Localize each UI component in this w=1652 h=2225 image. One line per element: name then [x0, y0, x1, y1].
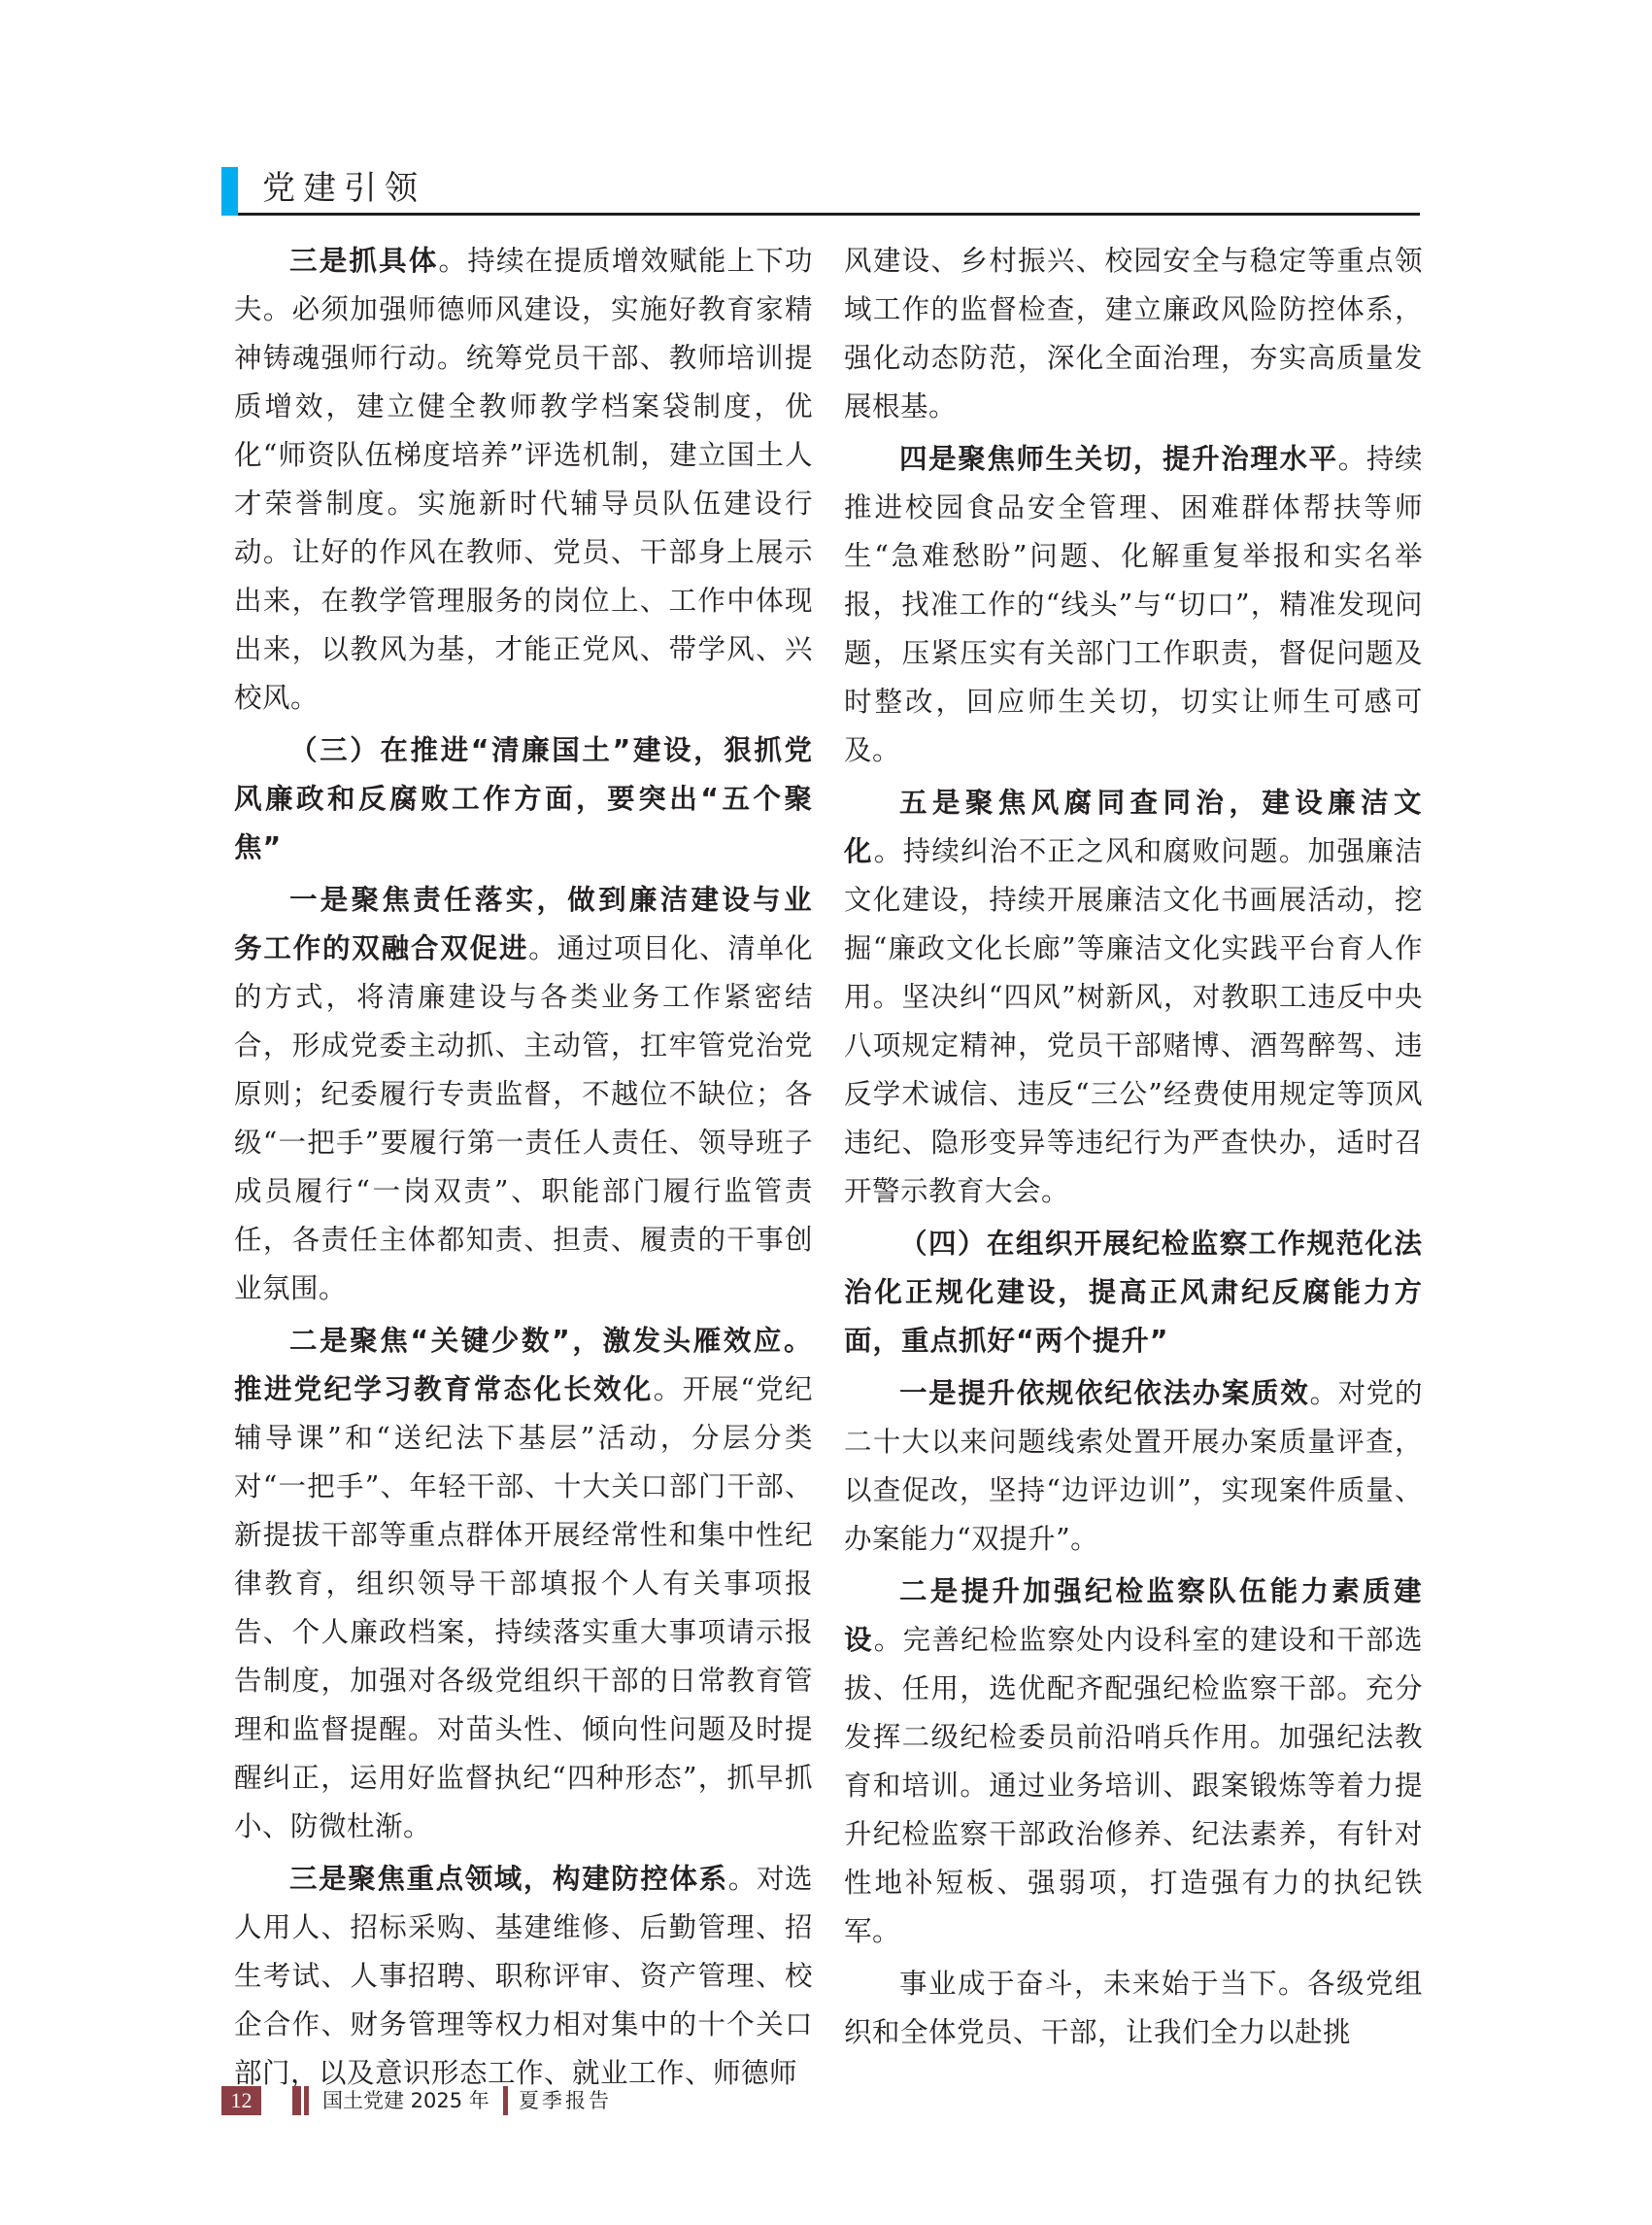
section-title: 党建引领 [262, 169, 425, 208]
paragraph: 二是提升加强纪检监察队伍能力素质建设。完善纪检监察处内设科室的建设和干部选拔、任… [844, 1568, 1423, 1956]
paragraph-text: 。持续在提质增效赋能上下功夫。必须加强师德师风建设，实施好教育家精神铸魂强师行动… [234, 245, 813, 714]
section-heading: （三）在推进“清廉国土”建设，狠抓党风廉政和反腐败工作方面，要突出“五个聚焦” [234, 726, 813, 872]
paragraph-lead: 三是聚焦重点领域，构建防控体系 [289, 1863, 728, 1895]
paragraph: 五是聚焦风腐同查同治，建设廉洁文化。持续纠治不正之风和腐败问题。加强廉洁文化建设… [844, 779, 1423, 1216]
right-column: 风建设、乡村振兴、校园安全与稳定等重点领域工作的监督检查，建立廉政风险防控体系，… [844, 237, 1423, 2057]
page-header: 党建引领 [221, 167, 1420, 216]
left-column: 三是抓具体。持续在提质增效赋能上下功夫。必须加强师德师风建设，实施好教育家精神铸… [234, 237, 813, 2098]
paragraph-text: 。完善纪检监察处内设科室的建设和干部选拔、任用，选优配齐配强纪检监察干部。充分发… [844, 1624, 1423, 1947]
paragraph-text: 风建设、乡村振兴、校园安全与稳定等重点领域工作的监督检查，建立廉政风险防控体系，… [844, 245, 1423, 422]
paragraph: 三是聚焦重点领域，构建防控体系。对选人用人、招标采购、基建维修、后勤管理、招生考… [234, 1855, 813, 2098]
journal-name: 国土党建 2025 年 [322, 2086, 489, 2115]
paragraph: 三是抓具体。持续在提质增效赋能上下功夫。必须加强师德师风建设，实施好教育家精神铸… [234, 237, 813, 723]
header-rule [238, 213, 1420, 216]
issue-name: 夏季报告 [519, 2086, 612, 2115]
paragraph-text: 。开展“党纪辅导课”和“送纪法下基层”活动，分层分类对“一把手”、年轻干部、十大… [234, 1373, 813, 1842]
paragraph-text: 。持续纠治不正之风和腐败问题。加强廉洁文化建设，持续开展廉洁文化书画展活动，挖掘… [844, 835, 1423, 1207]
footer-double-bar-icon [292, 2086, 309, 2115]
paragraph: 四是聚焦师生关切，提升治理水平。持续推进校园食品安全管理、困难群体帮扶等师生“急… [844, 435, 1423, 775]
footer-separator [503, 2086, 508, 2115]
paragraph: 风建设、乡村振兴、校园安全与稳定等重点领域工作的监督检查，建立廉政风险防控体系，… [844, 237, 1423, 431]
section-accent-bar [221, 167, 238, 216]
paragraph-lead: 一是提升依规依纪依法办案质效 [899, 1377, 1309, 1409]
paragraph: 一是聚焦责任落实，做到廉洁建设与业务工作的双融合双促进。通过项目化、清单化的方式… [234, 876, 813, 1313]
paragraph-text: 。对选人用人、招标采购、基建维修、后勤管理、招生考试、人事招聘、职称评审、资产管… [234, 1863, 813, 2089]
paragraph: 二是聚焦“关键少数”，激发头雁效应。推进党纪学习教育常态化长效化。开展“党纪辅导… [234, 1317, 813, 1851]
page-number: 12 [221, 2086, 261, 2115]
paragraph-text: 事业成于奋斗，未来始于当下。各级党组织和全体党员、干部，让我们全力以赴挑 [844, 1968, 1423, 2048]
section-heading: （四）在组织开展纪检监察工作规范化法治化正规化建设，提高正风肃纪反腐能力方面，重… [844, 1220, 1423, 1365]
paragraph-text: 。持续推进校园食品安全管理、困难群体帮扶等师生“急难愁盼”问题、化解重复举报和实… [844, 443, 1423, 766]
paragraph-lead: 四是聚焦师生关切，提升治理水平 [899, 443, 1338, 475]
paragraph: 一是提升依规依纪依法办案质效。对党的二十大以来问题线索处置开展办案质量评查，以查… [844, 1369, 1423, 1564]
paragraph-text: 。通过项目化、清单化的方式，将清廉建设与各类业务工作紧密结合，形成党委主动抓、主… [234, 932, 813, 1304]
paragraph-lead: 三是抓具体 [289, 245, 439, 277]
page-footer: 12 国土党建 2025 年 夏季报告 [221, 2086, 804, 2115]
paragraph: 事业成于奋斗，未来始于当下。各级党组织和全体党员、干部，让我们全力以赴挑 [844, 1960, 1423, 2057]
